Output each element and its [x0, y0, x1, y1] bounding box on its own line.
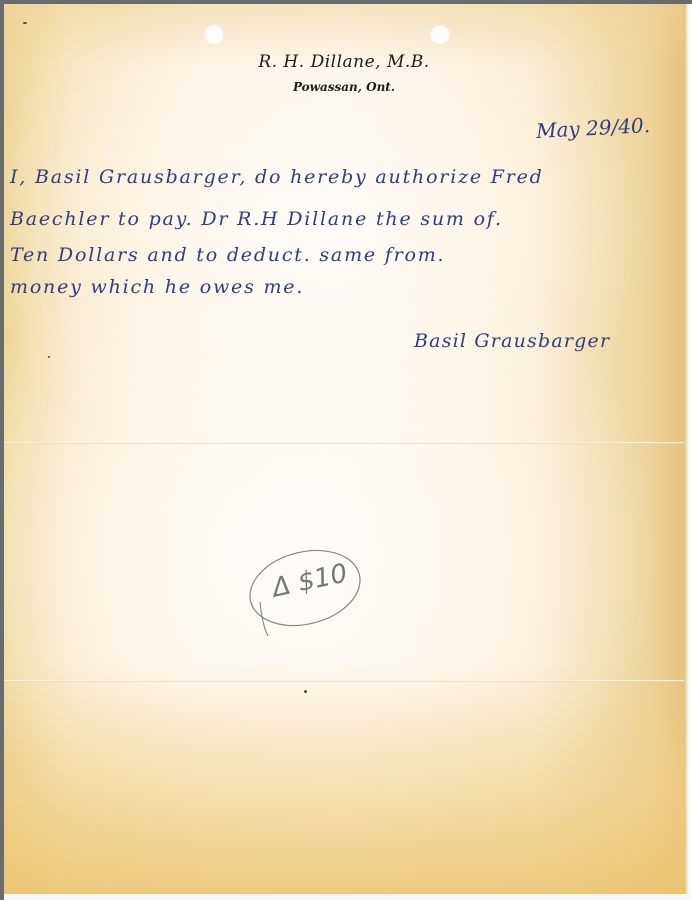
- fold-line-upper: [4, 442, 684, 444]
- letter-date: May 29/40.: [535, 113, 650, 143]
- letterhead-location: Powassan, Ont.: [4, 80, 684, 94]
- body-line-2: Baechler to pay. Dr R.H Dillane the sum …: [10, 208, 503, 230]
- paper-bottom-edge: [4, 894, 692, 900]
- body-line-1: I, Basil Grausbarger, do hereby authoriz…: [10, 166, 544, 188]
- paper-speck: [304, 690, 307, 693]
- punch-hole-left: [204, 24, 224, 44]
- signature: Basil Grausbarger: [414, 330, 610, 352]
- paper-right-edge: [684, 4, 692, 894]
- fold-line-lower: [4, 680, 684, 682]
- letter-sheet: R. H. Dillane, M.B. Powassan, Ont. May 2…: [4, 4, 684, 894]
- pencil-annotation: Δ $10: [242, 544, 364, 636]
- body-line-3: Ten Dollars and to deduct. same from.: [10, 244, 445, 266]
- paper-speck: [48, 356, 50, 358]
- letterhead-name: R. H. Dillane, M.B.: [4, 52, 684, 72]
- body-line-4: money which he owes me.: [10, 276, 304, 298]
- punch-hole-right: [430, 24, 450, 44]
- paper-speck: [23, 22, 27, 24]
